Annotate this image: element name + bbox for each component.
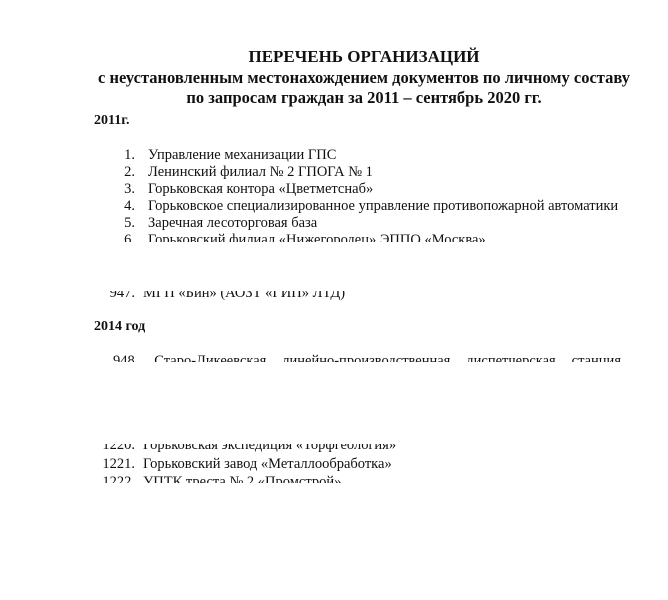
- section-year-2014: 2014 год: [94, 319, 145, 335]
- list-item: 1.Управление механизации ГПС: [113, 147, 336, 164]
- list-item: 947.МГП «Бин» (АОЗТ «ГИП» ЛТД): [101, 291, 345, 302]
- list-item: 948. Старо-Ликеевская линейно-производст…: [113, 353, 621, 362]
- list-item: 1220.Горьковская экспедиция «Торфгеологи…: [101, 444, 396, 454]
- clipped-region: 1222.УПТК треста № 2 «Промстрой»: [0, 474, 668, 483]
- list-item: 1222.УПТК треста № 2 «Промстрой»: [101, 474, 341, 483]
- list-item: 2.Ленинский филиал № 2 ГПОГА № 1: [113, 164, 373, 181]
- clipped-region: 1220.Горьковская экспедиция «Торфгеологи…: [0, 444, 668, 455]
- clipped-region: 947.МГП «Бин» (АОЗТ «ГИП» ЛТД): [0, 291, 668, 303]
- list-item: 4.Горьковское специализированное управле…: [113, 198, 618, 215]
- document-subtitle-line-1: с неустановленным местонахождением докум…: [0, 68, 668, 88]
- list-item: 1221.Горьковский завод «Металлообработка…: [101, 456, 392, 473]
- document-title: ПЕРЕЧЕНЬ ОРГАНИЗАЦИЙ: [0, 47, 668, 67]
- list-item: 6.Горьковский филиал «Нижегородец» ЭППО …: [113, 232, 486, 242]
- clipped-region: 6.Горьковский филиал «Нижегородец» ЭППО …: [0, 232, 668, 242]
- clipped-region: 948. Старо-Ликеевская линейно-производст…: [0, 353, 668, 362]
- document-subtitle-line-2: по запросам граждан за 2011 – сентябрь 2…: [0, 88, 668, 108]
- section-year-2011: 2011г.: [94, 113, 130, 129]
- list-item: 3.Горьковская контора «Цветметснаб»: [113, 181, 373, 198]
- list-item: 5.Заречная лесоторговая база: [113, 215, 317, 232]
